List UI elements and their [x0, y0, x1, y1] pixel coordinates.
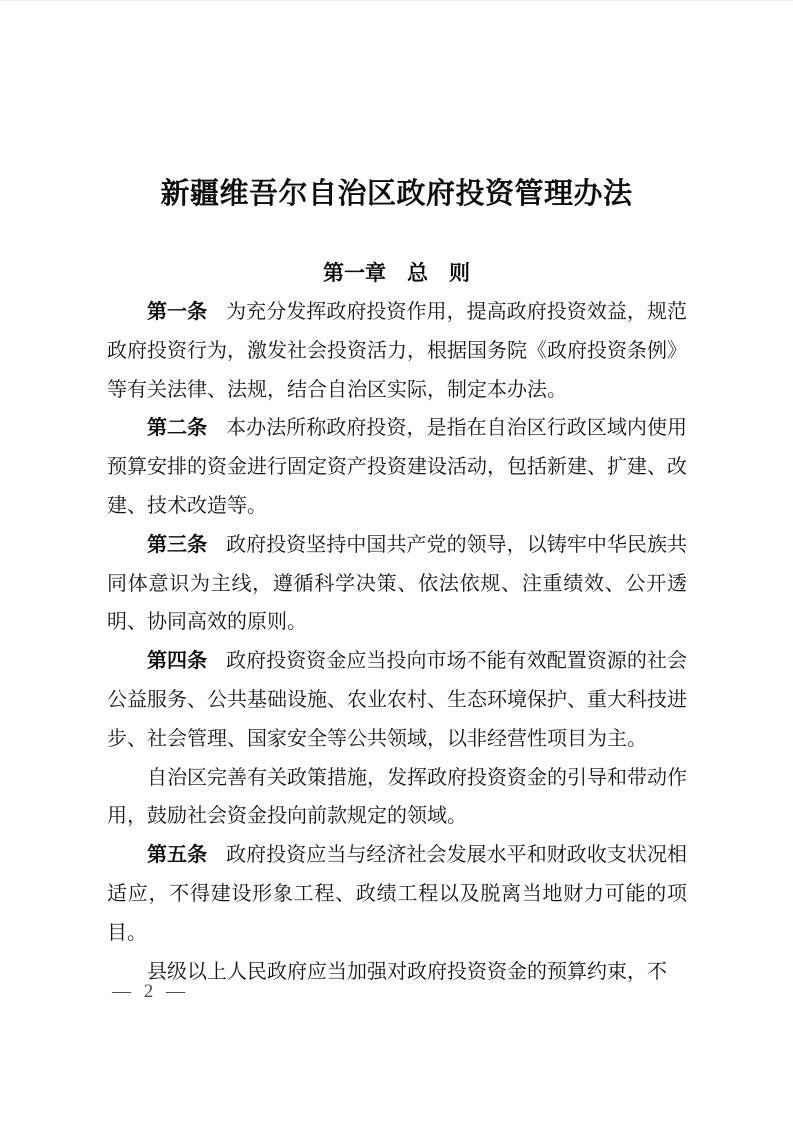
- paragraph-article-2: 第二条本办法所称政府投资，是指在自治区行政区域内使用预算安排的资金进行固定资产投…: [107, 409, 687, 525]
- document-title: 新疆维吾尔自治区政府投资管理办法: [0, 171, 793, 212]
- paragraph-article-1: 第一条为充分发挥政府投资作用，提高政府投资效益，规范政府投资行为，激发社会投资活…: [107, 293, 687, 409]
- article-5b-text: 县级以上人民政府应当加强对政府投资资金的预算约束，不: [147, 961, 667, 983]
- paragraph-article-3: 第三条政府投资坚持中国共产党的领导，以铸牢中华民族共同体意识为主线，遵循科学决策…: [107, 526, 687, 642]
- paragraph-article-5-continuation: 县级以上人民政府应当加强对政府投资资金的预算约束，不: [107, 953, 687, 992]
- document-body: 第一条为充分发挥政府投资作用，提高政府投资效益，规范政府投资行为，激发社会投资活…: [107, 293, 687, 991]
- paragraph-article-4-continuation: 自治区完善有关政策措施，发挥政府投资资金的引导和带动作用，鼓励社会资金投向前款规…: [107, 759, 687, 837]
- article-3-number: 第三条: [147, 534, 207, 556]
- chapter-heading: 第一章 总 则: [0, 257, 793, 287]
- article-4-number: 第四条: [147, 650, 207, 672]
- article-2-number: 第二条: [147, 417, 207, 439]
- article-1-number: 第一条: [147, 301, 207, 323]
- article-5-number: 第五条: [147, 844, 207, 866]
- article-4b-text: 自治区完善有关政策措施，发挥政府投资资金的引导和带动作用，鼓励社会资金投向前款规…: [107, 767, 687, 828]
- page-number: — 2 —: [112, 981, 189, 1003]
- document-page: 新疆维吾尔自治区政府投资管理办法 第一章 总 则 第一条为充分发挥政府投资作用，…: [0, 0, 793, 1123]
- paragraph-article-5: 第五条政府投资应当与经济社会发展水平和财政收支状况相适应，不得建设形象工程、政绩…: [107, 836, 687, 952]
- paragraph-article-4: 第四条政府投资资金应当投向市场不能有效配置资源的社会公益服务、公共基础设施、农业…: [107, 642, 687, 758]
